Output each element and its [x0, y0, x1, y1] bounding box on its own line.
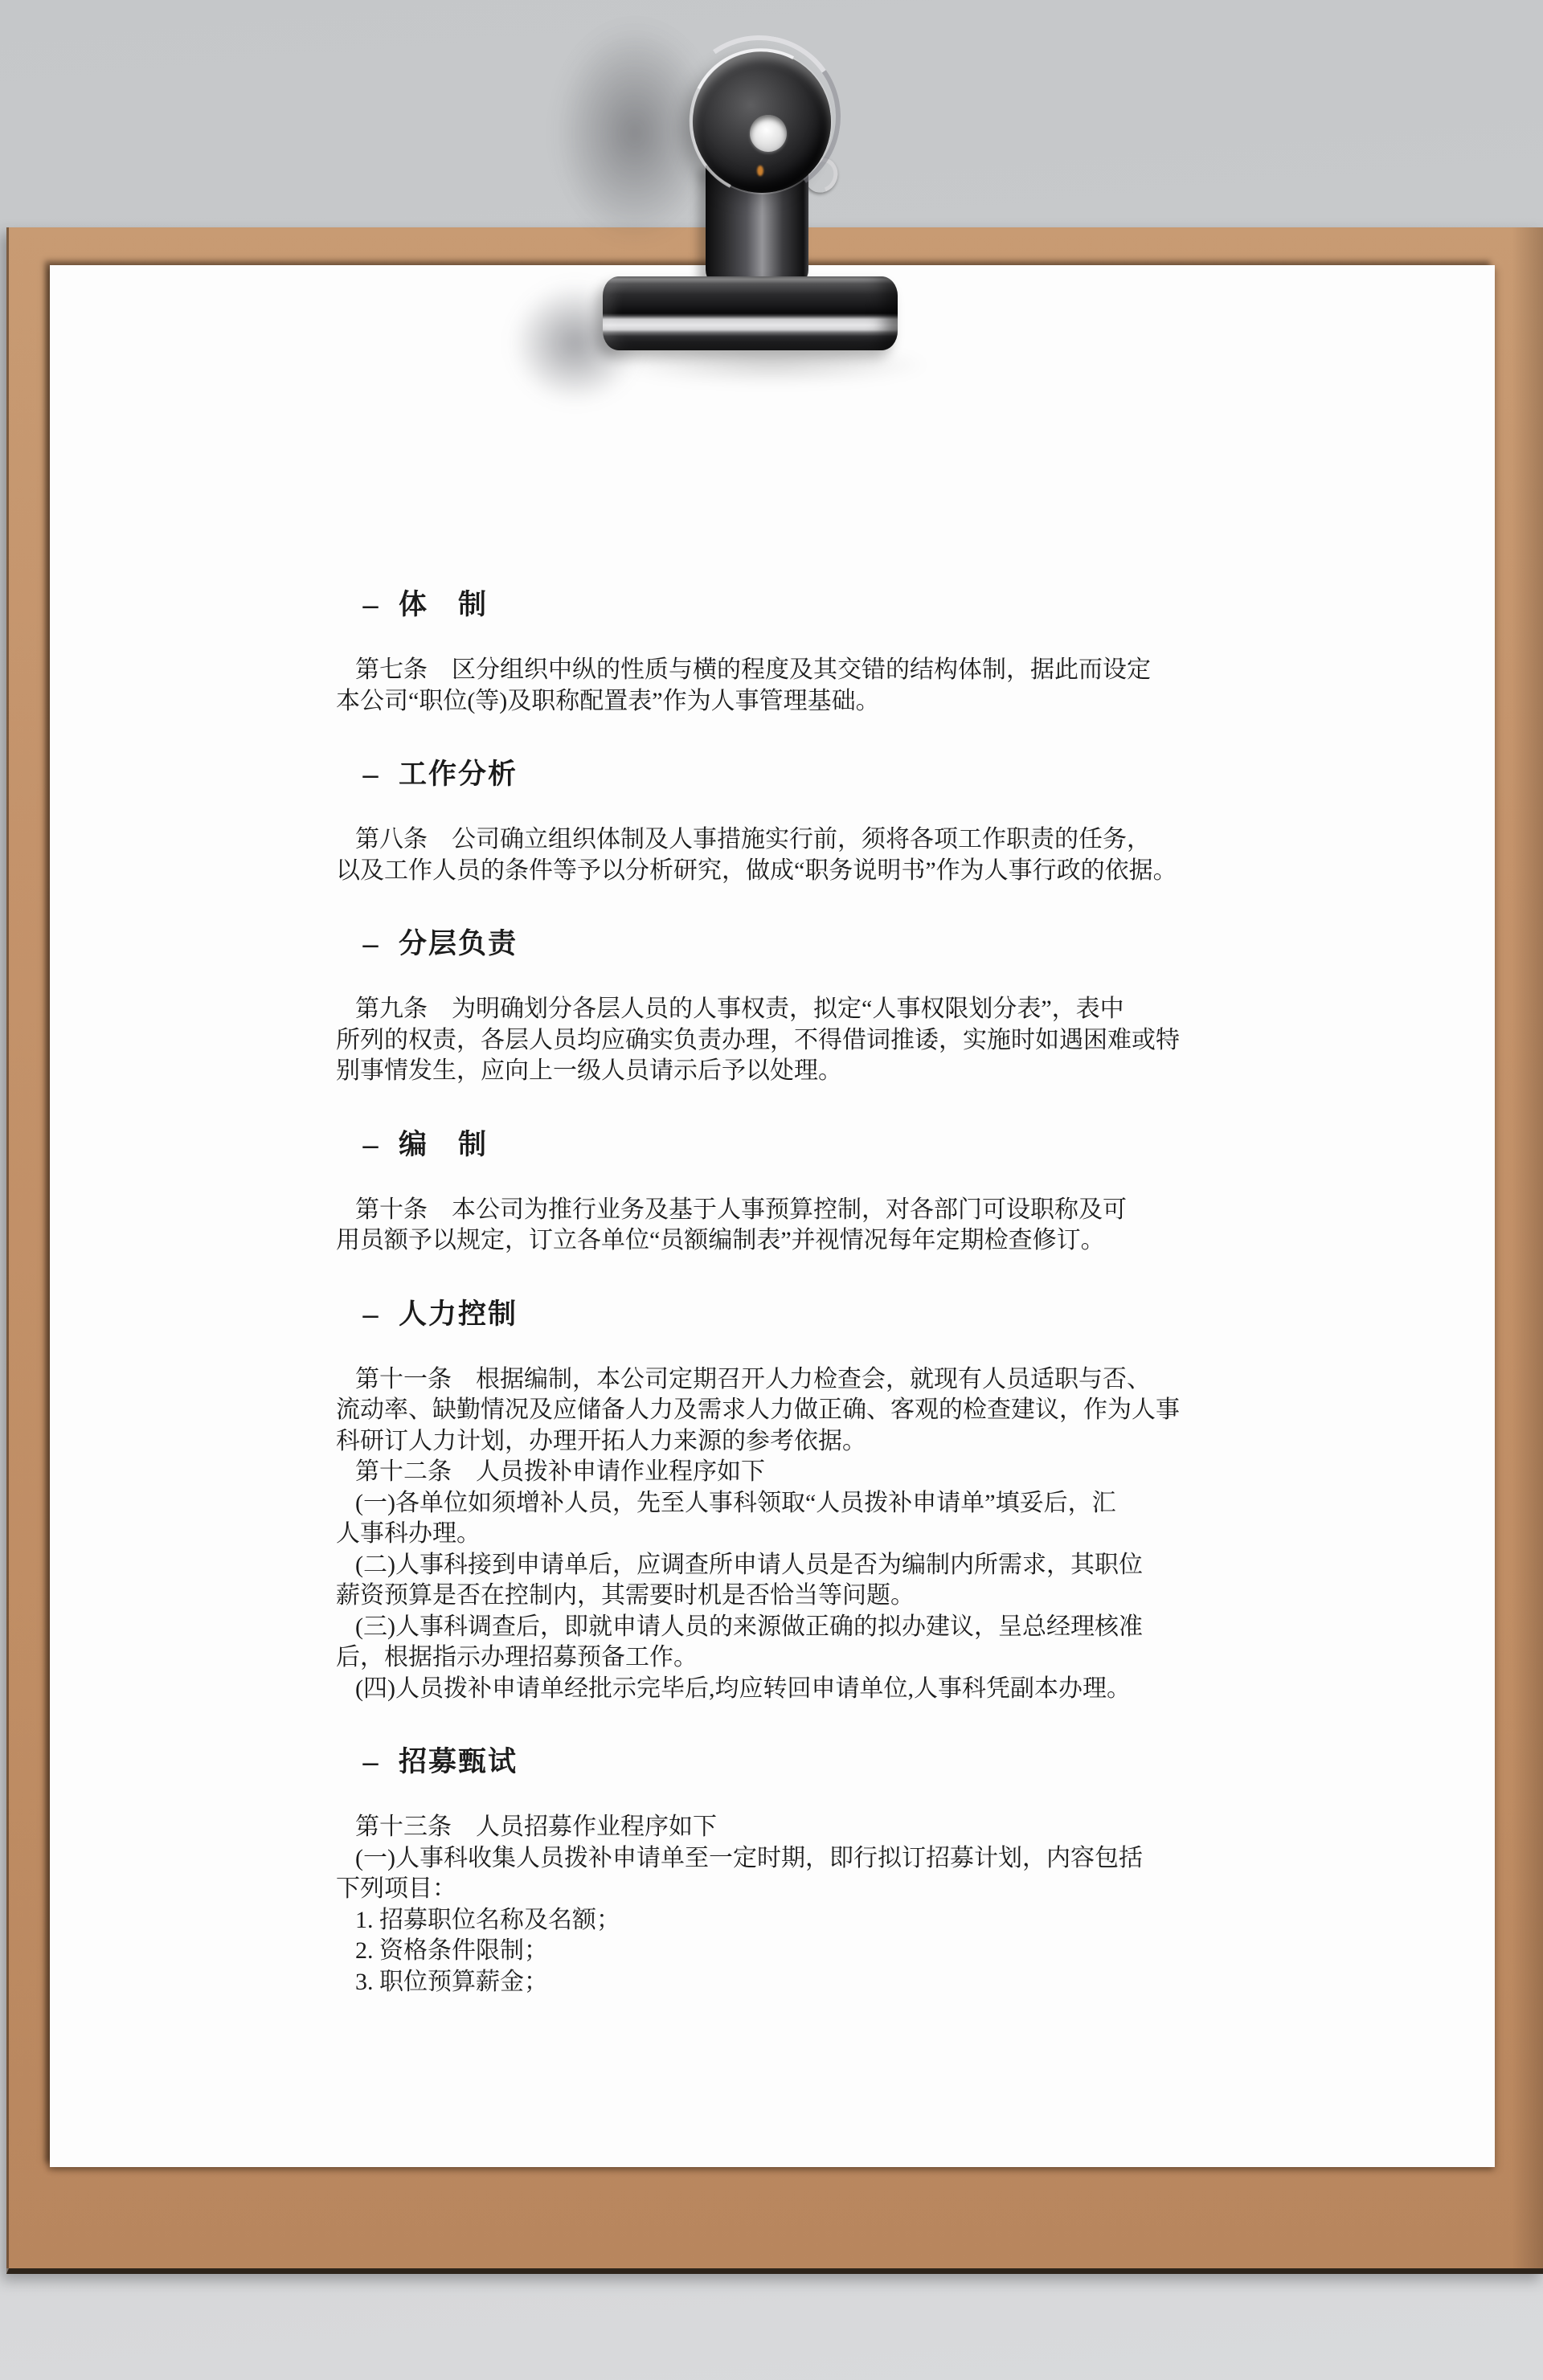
text-line: 本公司“职位(等)及职称配置表”作为人事管理基础。: [336, 686, 1220, 718]
section-heading: —体 制: [336, 587, 1220, 623]
document-text: —体 制第七条 区分组织中纵的性质与横的程度及其交错的结构体制，据此而设定本公司…: [336, 587, 1220, 1998]
heading-text: 工作分析: [399, 759, 518, 790]
section-heading: —工作分析: [336, 757, 1220, 792]
heading-dash: —: [362, 757, 379, 792]
text-line: 第十二条 人员拨补申请作业程序如下: [336, 1457, 1220, 1488]
heading-dash: —: [362, 1744, 379, 1780]
text-line: (一)人事科收集人员拨补申请单至一定时期，即行拟订招募计划，内容包括: [336, 1843, 1220, 1875]
clip-glint: [757, 166, 763, 176]
heading-dash: —: [362, 587, 379, 623]
text-line: 第十条 本公司为推行业务及基于人事预算控制，对各部门可设职称及可: [336, 1195, 1220, 1226]
text-line: (三)人事科调查后，即就申请人员的来源做正确的拟办建议，呈总经理核准: [336, 1612, 1220, 1643]
text-line: 第十一条 根据编制，本公司定期召开人力检查会，就现有人员适职与否、: [336, 1364, 1220, 1396]
section-heading: —分层负责: [336, 926, 1220, 962]
text-line: 下列项目：: [336, 1874, 1220, 1905]
text-line: 第十三条 人员招募作业程序如下: [336, 1812, 1220, 1843]
heading-text: 编 制: [399, 1129, 488, 1160]
text-line: (二)人事科接到申请单后，应调查所申请人员是否为编制内所需求，其职位: [336, 1550, 1220, 1581]
heading-text: 人力控制: [399, 1298, 518, 1330]
text-line: 以及工作人员的条件等予以分析研究，做成“职务说明书”作为人事行政的依据。: [336, 856, 1220, 887]
heading-dash: —: [362, 1127, 379, 1163]
text-line: 用员额予以规定，订立各单位“员额编制表”并视情况每年定期检查修订。: [336, 1225, 1220, 1257]
heading-dash: —: [362, 926, 379, 962]
text-line: (四)人员拨补申请单经批示完毕后,均应转回申请单位,人事科凭副本办理。: [336, 1674, 1220, 1705]
heading-text: 体 制: [399, 589, 488, 620]
text-line: 1. 招募职位名称及名额；: [336, 1905, 1220, 1936]
text-line: 薪资预算是否在控制内，其需要时机是否恰当等问题。: [336, 1581, 1220, 1612]
text-line: 流动率、缺勤情况及应储备人力及需求人力做正确、客观的检查建议，作为人事: [336, 1395, 1220, 1426]
clip-bar-shadow-under: [611, 346, 932, 384]
text-line: 后，根据指示办理招募预备工作。: [336, 1642, 1220, 1674]
text-line: 第九条 为明确划分各层人员的人事权责，拟定“人事权限划分表”，表中: [336, 994, 1220, 1025]
text-line: 别事情发生，应向上一级人员请示后予以处理。: [336, 1056, 1220, 1087]
text-line: 第七条 区分组织中纵的性质与横的程度及其交错的结构体制，据此而设定: [336, 655, 1220, 686]
heading-dash: —: [362, 1297, 379, 1332]
text-line: 第八条 公司确立组织体制及人事措施实行前，须将各项工作职责的任务，: [336, 824, 1220, 856]
text-line: 3. 职位预算薪金；: [336, 1967, 1220, 1998]
text-line: 所列的权责，各层人员均应确实负责办理，不得借词推诿，实施时如遇困难或特: [336, 1025, 1220, 1057]
photo-backdrop: —体 制第七条 区分组织中纵的性质与横的程度及其交错的结构体制，据此而设定本公司…: [0, 0, 1543, 2380]
section-heading: —招募甄试: [336, 1744, 1220, 1780]
heading-text: 招募甄试: [399, 1746, 518, 1777]
text-line: 科研订人力计划，办理开拓人力来源的参考依据。: [336, 1426, 1220, 1458]
text-line: 2. 资格条件限制；: [336, 1936, 1220, 1967]
section-heading: —人力控制: [336, 1297, 1220, 1332]
heading-text: 分层负责: [399, 928, 518, 959]
text-line: 人事科办理。: [336, 1519, 1220, 1550]
section-heading: —编 制: [336, 1127, 1220, 1163]
text-line: (一)各单位如须增补人员，先至人事科领取“人员拨补申请单”填妥后，汇: [336, 1488, 1220, 1519]
clip-jaw-bar: [603, 276, 898, 350]
clip-coil-hole: [750, 115, 787, 152]
